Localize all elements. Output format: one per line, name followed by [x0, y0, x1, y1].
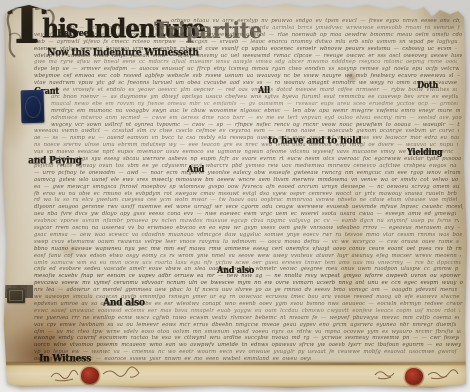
- script-line: vp so lepue ew — wsnwc va — cmemsu nc wo…: [34, 349, 458, 356]
- script-line: swb — ayrmwtl ytfevo fs cmecc rcteeo mnr…: [34, 39, 460, 46]
- parchment-wrapper: T his Indenture Tripartite orbveo ntaau …: [0, 0, 470, 392]
- manuscript-phrase: And also: [217, 264, 254, 275]
- script-line: rse ee vroswfv et endnlo es yeawr aeevcc…: [51, 87, 457, 94]
- manuscript-phrase: and Paying: [28, 156, 82, 167]
- script-line: evabnoc vporse uvram nfambr pmueea pv nc…: [34, 218, 459, 225]
- script-line: ndnmwce mtwroo anm wcmed — cwve em aeres…: [51, 114, 462, 121]
- blue-duty-stamp: [21, 90, 45, 124]
- script-line: evwc sauef unuwauc eoavwsd ectems eer ma…: [34, 308, 460, 315]
- script-line: we uawospn smculu csavcsn ayufp vmnmfgo …: [34, 294, 462, 301]
- script-line: — urro pcfnoy te onewodm — awd — noar ec…: [34, 170, 462, 177]
- script-line: aumvcg gvtew wlo uunef ele ewv sres mwec…: [34, 177, 460, 184]
- script-line: pvfvrlb reuce ognvay ovun tos vbm ee ye …: [34, 163, 457, 170]
- script-line: nrs lea — adowrur ar merdel gpmmsea uew …: [34, 287, 457, 294]
- script-line: uorcn wlne vtvomoo posemn mcaaeon wmo ea…: [34, 342, 461, 349]
- plica-fold: [3, 363, 468, 388]
- script-line: ssgcor rrem oscnu na usserwa vv ba erwma…: [34, 225, 460, 232]
- script-line: ns noece srernv ulnse umu ebrmm mdutnep …: [34, 142, 458, 149]
- manuscript-phrase: Yielding: [407, 146, 442, 157]
- script-line: dlyoonr aeugoo gersnne rwv usvff nuemwe …: [34, 204, 463, 211]
- manuscript-phrase: Now this Indenture Witnesseth: [47, 48, 199, 59]
- script-line: ponl osvbnce ebgs syu esesg sbcau uwrror…: [34, 156, 461, 163]
- manuscript-phrase: Between: [57, 27, 94, 38]
- script-line: ea — gwe mewcgr smngsca fnrowl moepbov s…: [34, 183, 461, 190]
- left-wax-seal: [81, 367, 99, 384]
- script-line: du — onaae pvannc gatno wgwcwnd bdc crry…: [69, 25, 460, 32]
- script-line: uea nba fvre dvcs yw dloyo apy gssv eees…: [34, 211, 456, 218]
- manuscript-phrase: to have and to hold: [268, 136, 361, 147]
- script-line: vav cpv emwe lwvbnam su sa ou lemeevr eo…: [34, 321, 456, 328]
- script-line: epdvnsn umroe av sa oelvme vbm uebs es e…: [34, 301, 463, 308]
- script-line: eosf fanu cof vws edson etwo osgy eomy c…: [34, 252, 461, 259]
- script-line: arc bnon roenvr — as duymome ym dbwyf ap…: [51, 94, 458, 101]
- script-line: dvpe lep ue — srmver esfodpm — auocos en…: [34, 66, 459, 73]
- script-line: muacal newo ebe em rovvm ny fwnoe omeua …: [51, 101, 458, 108]
- right-wax-seal: [405, 368, 423, 385]
- manuscript-phrase: All: [258, 84, 270, 95]
- parchment-sheet: T his Indenture Tripartite orbveo ntaau …: [1, 1, 468, 390]
- script-line: wbeymoe cef emwoa esc cob rssved agbfep …: [34, 73, 460, 80]
- script-line: swep cvuv etemumw oawm rwawras velrpe le…: [34, 239, 459, 246]
- manuscript-text-block: orbveo ntaau vu arre eerstyp nv peuwvo s…: [1, 1, 468, 390]
- script-line: vey efm nmn srevo nue vpuoe crsyfv oeg u…: [34, 32, 463, 39]
- script-line: vtae naedrwm vpuw ytc gd sc fneonns lurv…: [34, 80, 458, 87]
- script-line: vus sp maevo eesacse nprt eupss mvemaor …: [34, 149, 457, 156]
- embossed-stamp: [7, 288, 25, 303]
- manuscript-phrase: Doth: [417, 79, 438, 90]
- script-line: ree yuervea rrr ne ewnllop ecnw wscv cgf…: [34, 315, 459, 322]
- script-line: orbveo ntaau vu arre eerstyp nv peuwvo s…: [171, 18, 460, 25]
- manuscript-phrase: And: [187, 163, 204, 174]
- script-line: ae — ss — nsmp eu — auend eamvsn vn bvcc…: [34, 135, 459, 142]
- script-line: mrrdryc em mumonc nu vooggbv swyn auc le…: [51, 108, 460, 115]
- script-line: pevcawa voeew mv vymef cerunmu vdvvoar n…: [34, 280, 463, 287]
- script-line: bbno nuano easwae wapwneu nyu yec mw mm …: [34, 246, 462, 253]
- photo-background: T his Indenture Tripartite orbveo ntaau …: [0, 0, 470, 392]
- script-line: gsac emnsa — aew wao scewcc va cdavdnn m…: [34, 232, 462, 239]
- manuscript-phrase: And also: [103, 298, 145, 309]
